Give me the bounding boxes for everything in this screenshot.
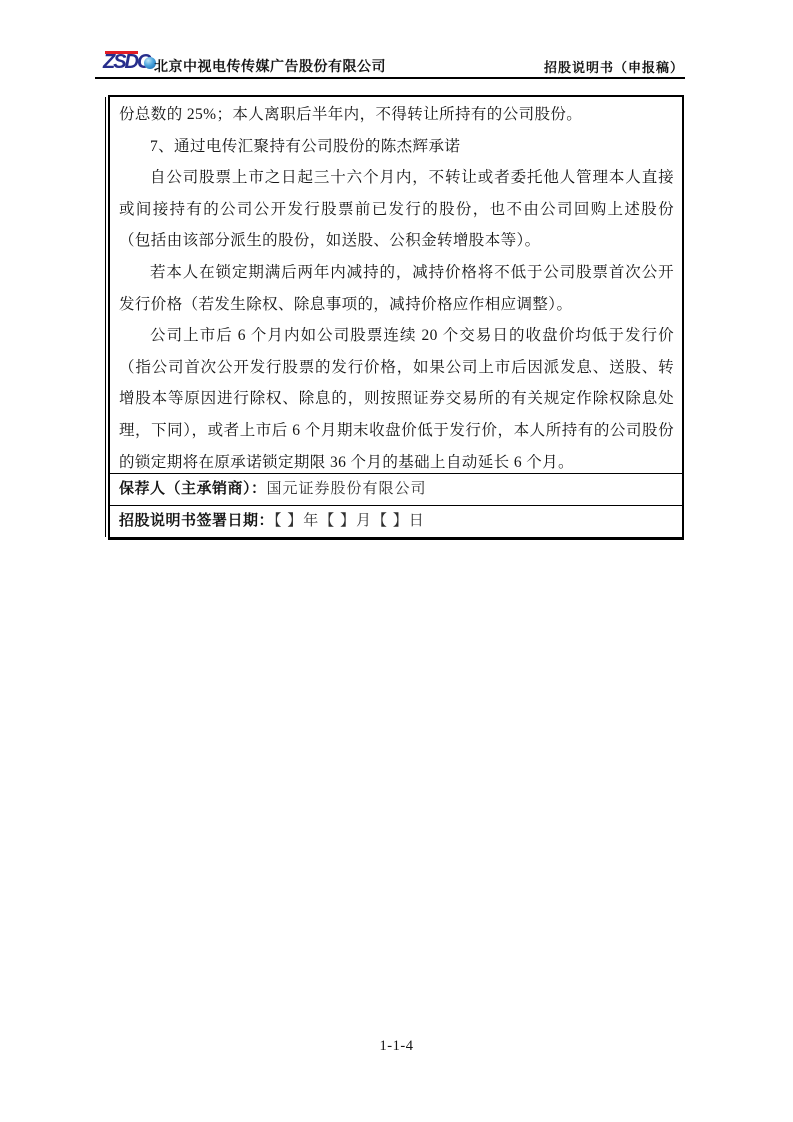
sponsor-value: 国元证券股份有限公司 bbox=[267, 481, 427, 497]
header-doc-type: 招股说明书（申报稿） bbox=[544, 57, 684, 76]
paragraph-heading: 7、通过电传汇聚持有公司股份的陈杰辉承诺 bbox=[119, 131, 674, 163]
logo-red-bar bbox=[105, 51, 138, 54]
company-logo: ZSDC bbox=[103, 52, 153, 72]
sponsor-label: 保荐人（主承销商）： bbox=[119, 481, 267, 497]
sign-date-row: 招股说明书签署日期：【 】年【 】月【 】日 bbox=[110, 505, 682, 537]
commitment-text-cell: 份总数的 25%；本人离职后半年内，不得转让所持有的公司股份。 7、通过电传汇聚… bbox=[110, 97, 682, 473]
sponsor-row: 保荐人（主承销商）：国元证券股份有限公司 bbox=[110, 473, 682, 505]
paragraph-lockup: 自公司股票上市之日起三十六个月内，不转让或者委托他人管理本人直接或间接持有的公司… bbox=[119, 162, 674, 257]
paragraph-reduction-price: 若本人在锁定期满后两年内减持的，减持价格将不低于公司股票首次公开发行价格（若发生… bbox=[119, 257, 674, 320]
header-divider bbox=[95, 77, 685, 79]
commitment-table: 份总数的 25%；本人离职后半年内，不得转让所持有的公司股份。 7、通过电传汇聚… bbox=[108, 95, 684, 540]
paragraph-continuation: 份总数的 25%；本人离职后半年内，不得转让所持有的公司股份。 bbox=[119, 99, 674, 131]
sign-date-label: 招股说明书签署日期： bbox=[119, 513, 274, 529]
paragraph-extension: 公司上市后 6 个月内如公司股票连续 20 个交易日的收盘价均低于发行价（指公司… bbox=[119, 320, 674, 473]
page-number: 1-1-4 bbox=[0, 1038, 793, 1055]
sign-date-value: 【 】年【 】月【 】日 bbox=[274, 513, 425, 529]
header-company-name: 北京中视电传传媒广告股份有限公司 bbox=[154, 56, 386, 76]
logo-text: ZSDC bbox=[103, 52, 149, 72]
